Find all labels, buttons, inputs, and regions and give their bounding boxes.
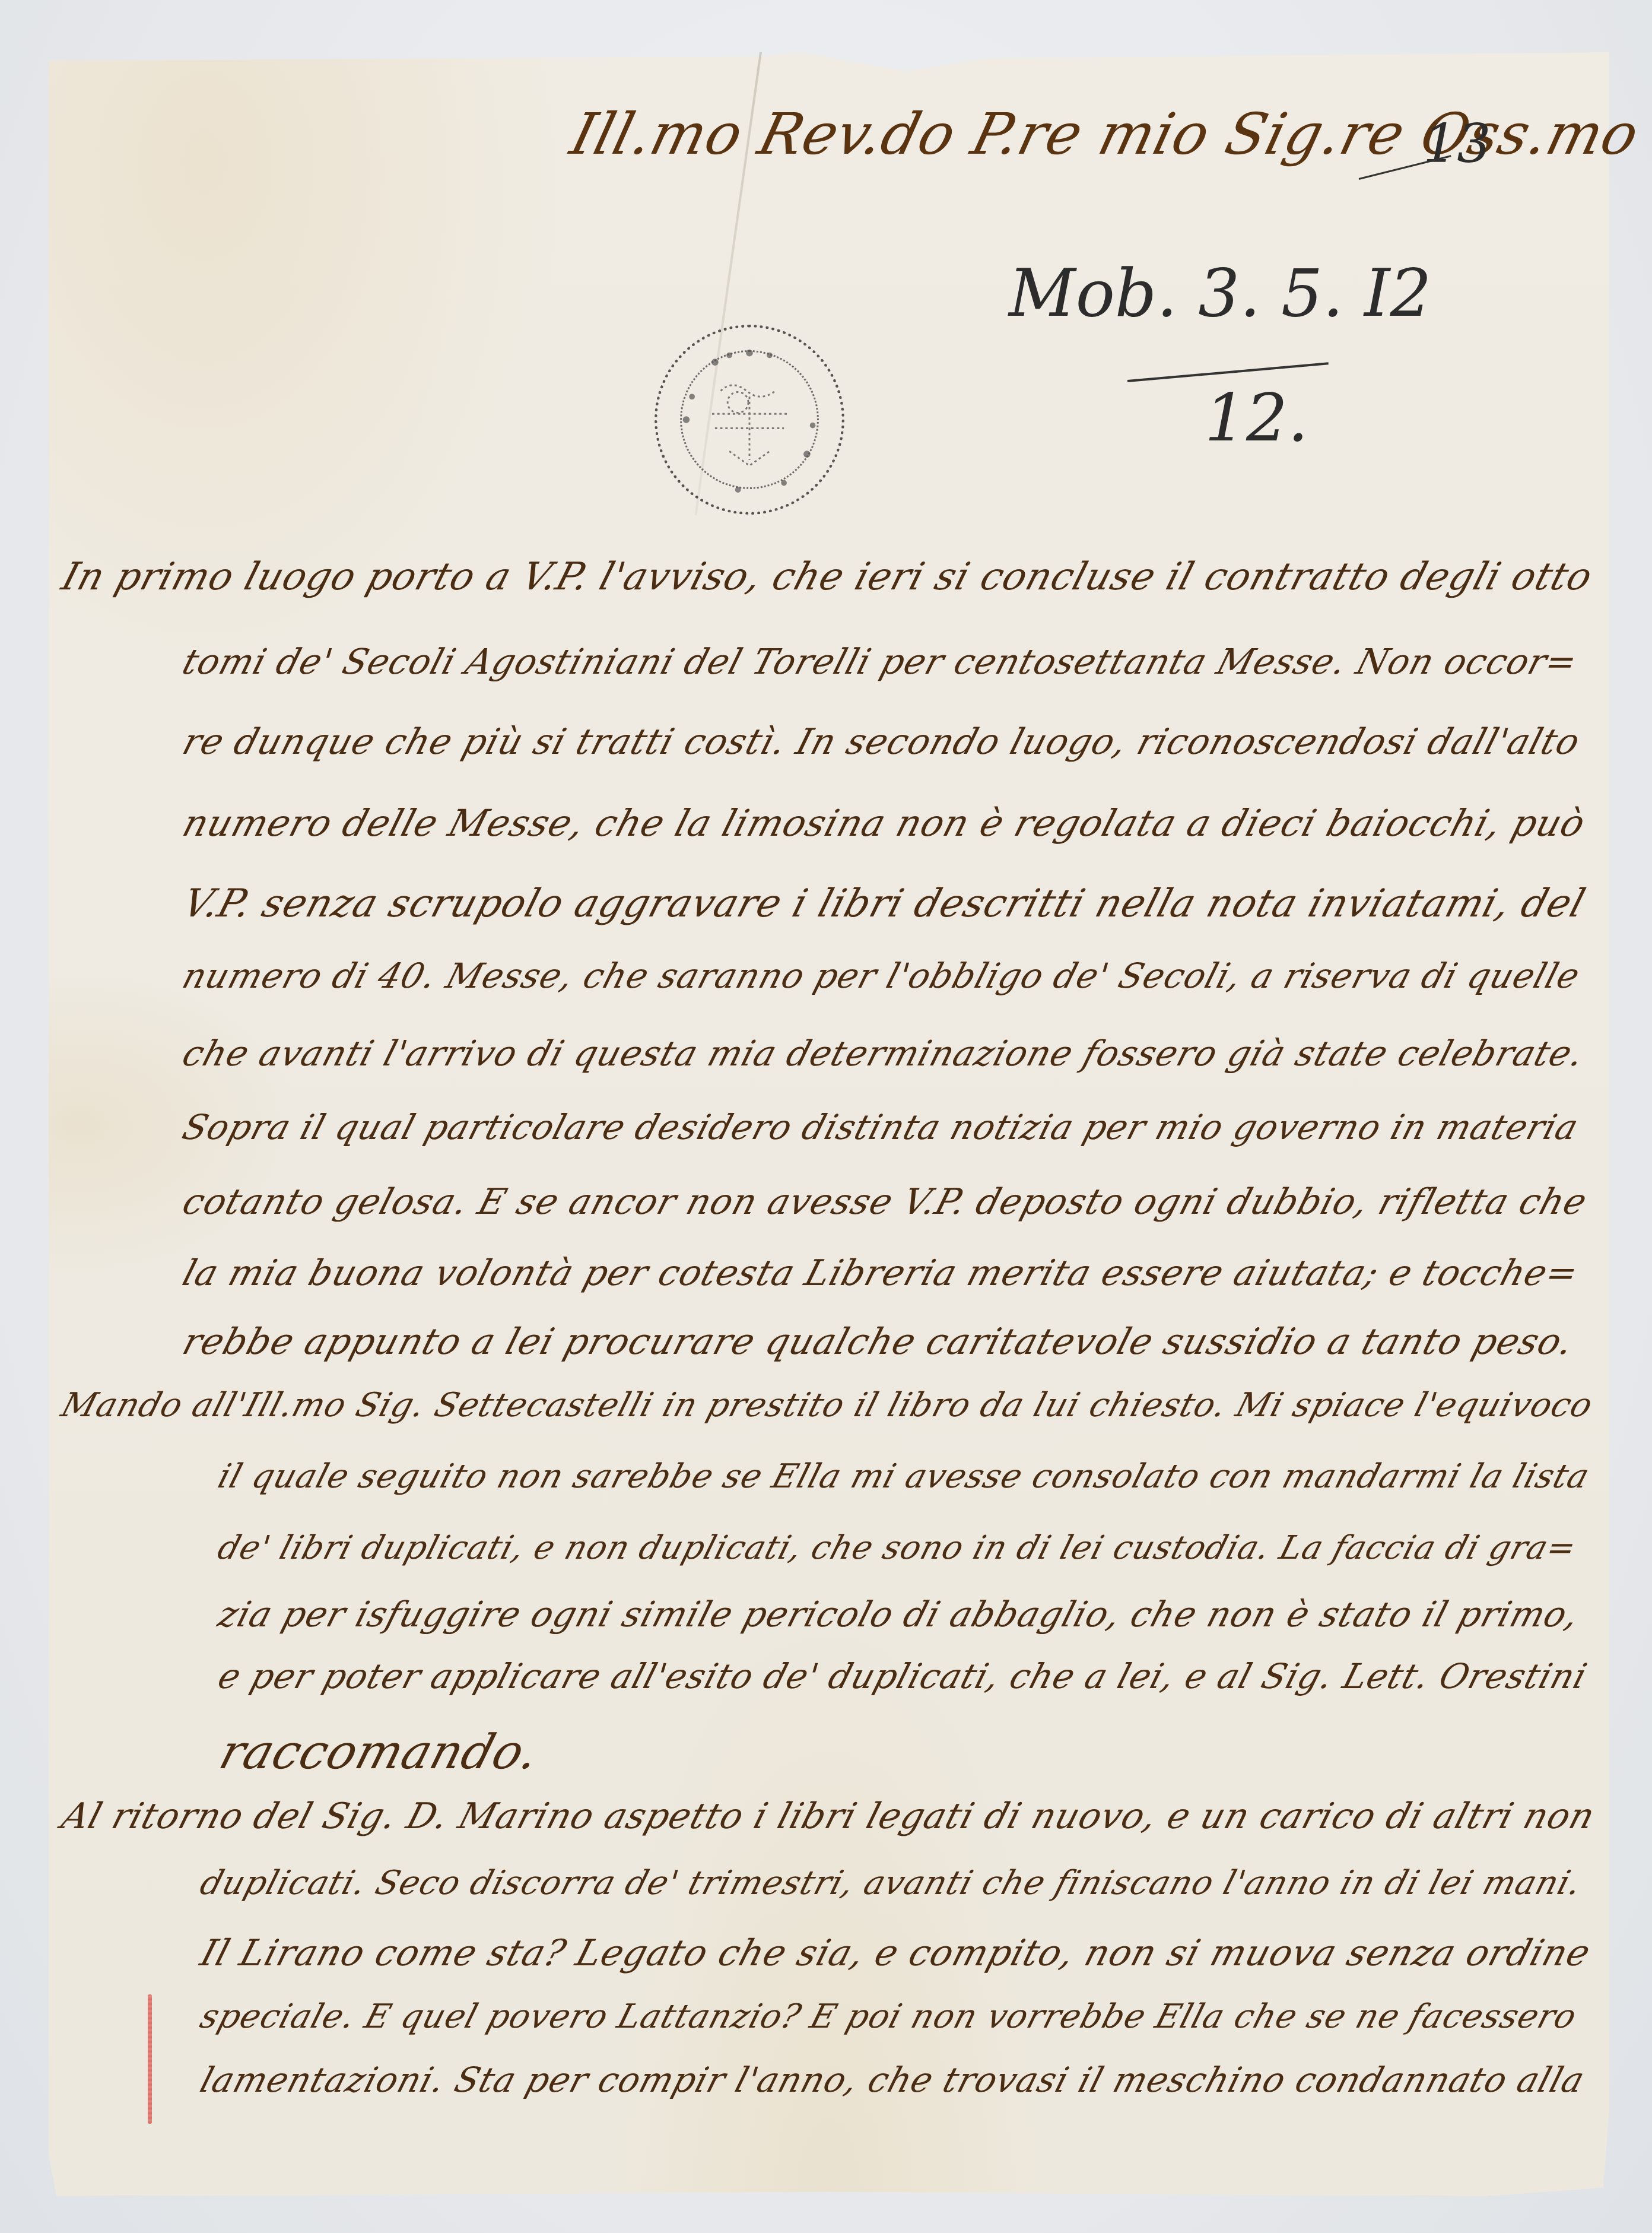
body-line: numero di 40. Messe, che saranno per l'o… — [178, 956, 1585, 996]
body-line: raccomando. — [214, 1724, 546, 1780]
stamp-emblem-icon — [657, 328, 841, 512]
body-line: Al ritorno del Sig. D. Marino aspetto i … — [57, 1796, 1600, 1837]
body-line: In primo luogo porto a V.P. l'avviso, ch… — [57, 555, 1597, 599]
body-line: Mando all'Ill.mo Sig. Settecastelli in p… — [57, 1386, 1597, 1425]
body-line: numero delle Messe, che la limosina non … — [178, 801, 1590, 845]
body-line: Sopra il qual particolare desidero disti… — [178, 1107, 1583, 1147]
red-pencil-mark — [148, 1994, 152, 2124]
body-line: lamentazioni. Sta per compir l'anno, che… — [196, 2060, 1590, 2100]
body-line: rebbe appunto a lei procurare qualche ca… — [178, 1321, 1578, 1363]
body-line: speciale. E quel povero Lattanzio? E poi… — [196, 1997, 1581, 2036]
body-line: de' libri duplicati, e non duplicati, ch… — [214, 1528, 1581, 1566]
shelfmark-subnumber: 12. — [1205, 380, 1308, 456]
shelfmark: Mob. 3. 5. I2 — [1009, 255, 1431, 331]
body-line: che avanti l'arrivo di questa mia determ… — [178, 1033, 1589, 1074]
body-line: il quale seguito non sarebbe se Ella mi … — [214, 1457, 1594, 1496]
body-line: zia per isfuggire ogni simile pericolo d… — [214, 1594, 1584, 1635]
folio-number: 13 — [1423, 113, 1491, 175]
body-line: cotanto gelosa. E se ancor non avesse V.… — [178, 1181, 1592, 1223]
body-line: tomi de' Secoli Agostiniani del Torelli … — [178, 641, 1582, 682]
body-line: duplicati. Seco discorra de' trimestri, … — [196, 1864, 1586, 1902]
body-line: e per poter applicare all'esito de' dupl… — [214, 1656, 1591, 1696]
library-stamp-icon — [655, 325, 844, 515]
body-line: Il Lirano come sta? Legato che sia, e co… — [196, 1932, 1596, 1974]
body-line: la mia buona volontà per cotesta Libreri… — [178, 1252, 1583, 1294]
body-line: V.P. senza scrupolo aggravare i libri de… — [178, 881, 1590, 926]
body-line: re dunque che più si tratti costì. In se… — [178, 721, 1585, 763]
